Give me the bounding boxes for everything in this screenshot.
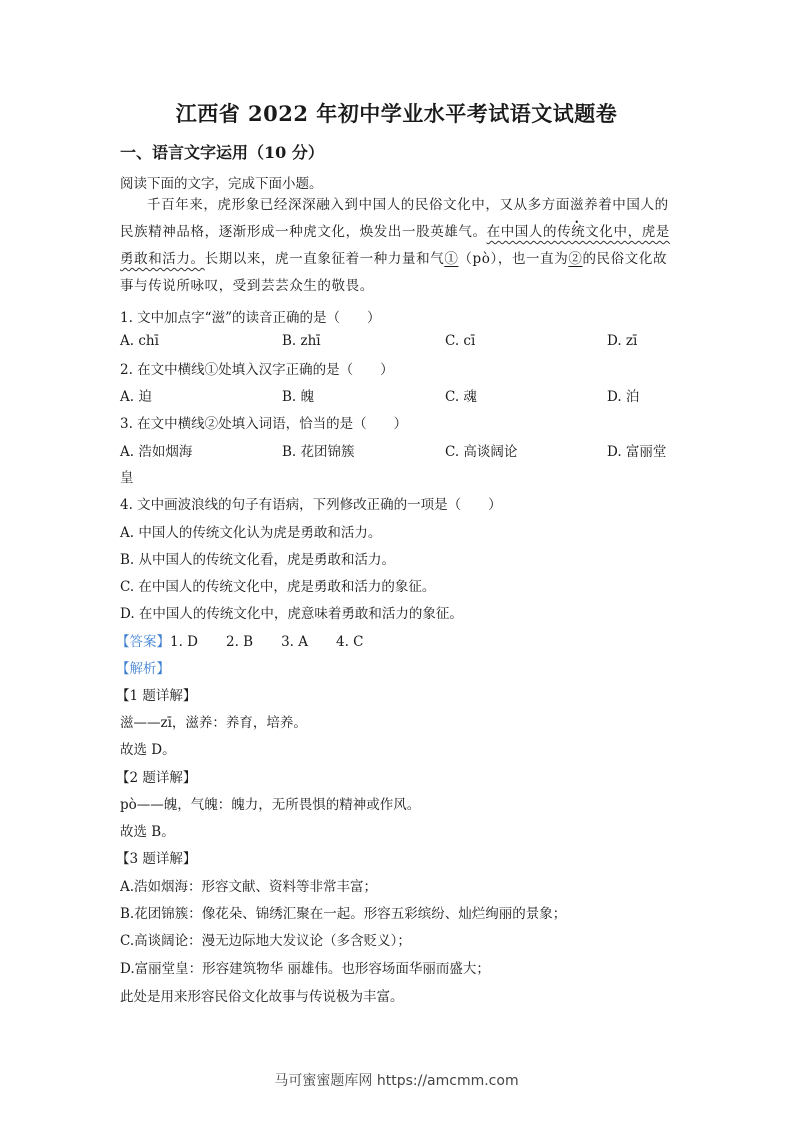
analysis-label: 【解析】 — [116, 657, 170, 677]
detail-2-line: 故选 B。 — [120, 820, 175, 840]
option-a: A. 中国人的传统文化认为虎是勇敢和活力。 — [120, 521, 381, 541]
option-a: A. 浩如烟海 — [120, 440, 192, 460]
question-1-stem: 1. 文中加点字“滋”的读音正确的是（ ） — [120, 306, 380, 326]
option-b: B. 花团锦簇 — [282, 440, 355, 460]
blank-1: ① — [444, 251, 458, 267]
question-4-stem: 4. 文中画波浪线的句子有语病，下列修改正确的一项是（ ） — [120, 493, 502, 513]
detail-3-line: A.浩如烟海：形容文献、资料等非常丰富； — [120, 875, 377, 895]
answer-row: 【答案】1. D2. B3. A4. C — [116, 630, 364, 650]
option-d: D. 泊 — [607, 385, 639, 405]
option-a: A. chī — [120, 333, 159, 349]
detail-3-line: B.花团锦簇：像花朵、锦绣汇聚在一起。形容五彩缤纷、灿烂绚丽的景象； — [120, 902, 566, 922]
reading-passage: 千百年来，虎形象已经深深融入到中国人的民俗文化中，又从多方面滋养着中国人的民族精… — [120, 192, 676, 300]
option-d: D. 富丽堂 — [607, 440, 666, 460]
page-title: 江西省 2022 年初中学业水平考试语文试题卷 — [0, 98, 793, 128]
option-b: B. zhī — [282, 333, 321, 349]
option-c: C. cī — [445, 333, 475, 349]
detail-2-line: pò——魄，气魄：魄力，无所畏惧的精神或作风。 — [120, 793, 420, 813]
answer-label: 【答案】 — [116, 634, 170, 650]
blank-2: ② — [568, 251, 582, 267]
option-c: C. 在中国人的传统文化中，虎是勇敢和活力的象征。 — [120, 575, 435, 595]
question-3-stem: 3. 在文中横线②处填入词语，恰当的是（ ） — [120, 412, 407, 432]
option-a: A. 迫 — [120, 385, 152, 405]
option-c: C. 高谈阔论 — [445, 440, 517, 460]
detail-3-line: C.高谈阔论：漫无边际地大发议论（多含贬义）； — [120, 929, 411, 949]
detail-3-heading: 【3 题详解】 — [116, 847, 196, 867]
option-b: B. 从中国人的传统文化看，虎是勇敢和活力。 — [120, 548, 395, 568]
dotted-char: 滋 — [570, 197, 584, 213]
section-heading: 一、语言文字运用（10 分） — [120, 140, 324, 163]
option-d-wrap: 皇 — [120, 466, 134, 486]
option-b: B. 魄 — [282, 385, 314, 405]
option-c: C. 魂 — [445, 385, 477, 405]
detail-1-heading: 【1 题详解】 — [116, 684, 196, 704]
detail-3-line: D.富丽堂皇：形容建筑物华 丽雄伟。也形容场面华丽而盛大； — [120, 957, 490, 977]
option-d: D. zī — [607, 333, 637, 349]
detail-1-line: 滋——zī，滋养：养育，培养。 — [120, 711, 307, 731]
document-page: 江西省 2022 年初中学业水平考试语文试题卷 一、语言文字运用（10 分） 阅… — [0, 0, 793, 1122]
detail-2-heading: 【2 题详解】 — [116, 766, 196, 786]
question-2-stem: 2. 在文中横线①处填入汉字正确的是（ ） — [120, 358, 394, 378]
footer-watermark: 马可蜜蜜题库网 https://amcmm.com — [0, 1070, 793, 1090]
option-d: D. 在中国人的传统文化中，虎意味着勇敢和活力的象征。 — [120, 602, 463, 622]
instruction: 阅读下面的文字，完成下面小题。 — [120, 172, 323, 192]
detail-1-line: 故选 D。 — [120, 738, 176, 758]
detail-3-line: 此处是用来形容民俗文化故事与传说极为丰富。 — [120, 985, 404, 1005]
